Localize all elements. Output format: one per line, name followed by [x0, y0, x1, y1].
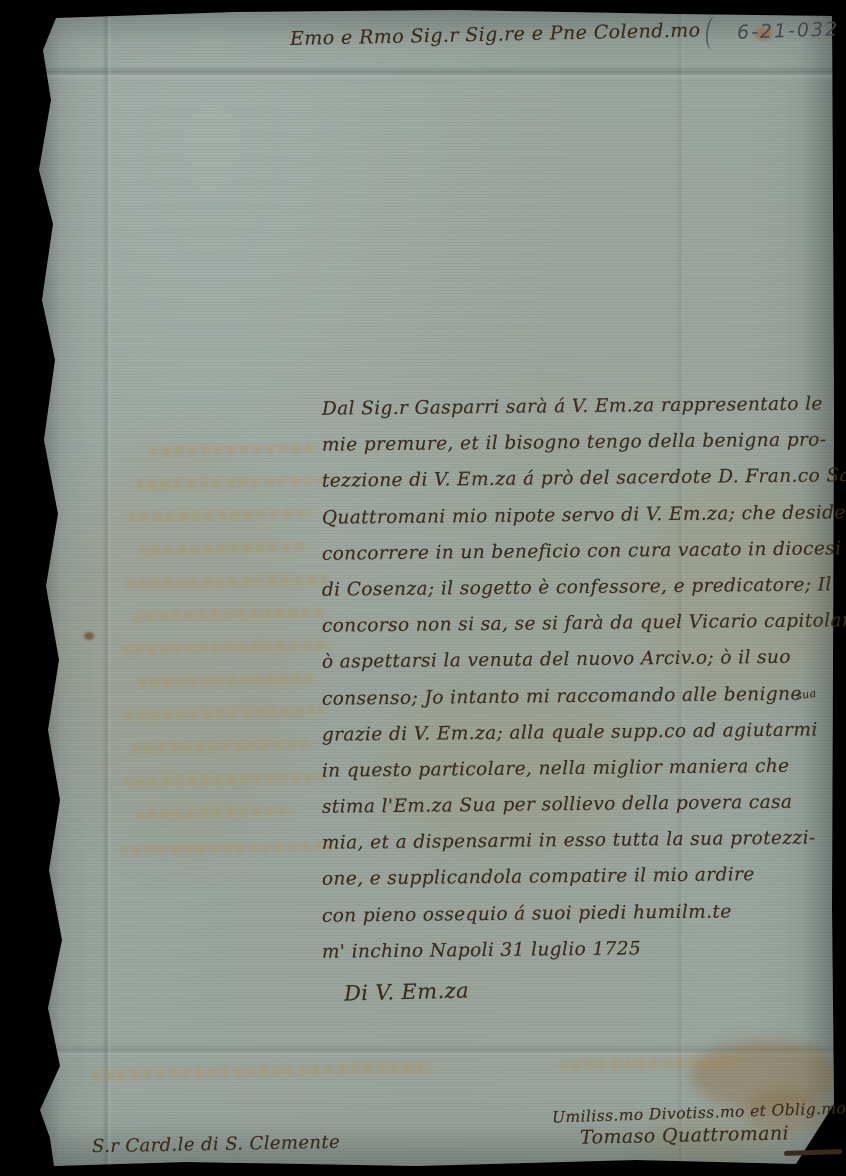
- body-line: grazie di V. Em.za; alla quale supp.co a…: [322, 719, 837, 761]
- body-line: con pieno ossequio á suoi piedi humilm.t…: [322, 900, 837, 942]
- body-line: m' inchino Napoli 31 luglio 1725: [322, 936, 837, 978]
- body-line: in questo particolare, nella miglior man…: [322, 755, 837, 797]
- body-line: stima l'Em.za Sua per sollievo della pov…: [322, 791, 837, 833]
- scanned-letter-page: 6-21-032 Emo e Rmo Sig.r Sig.re e Pne Co…: [0, 0, 846, 1176]
- body-line: Quattromani mio nipote servo di V. Em.za…: [322, 502, 837, 544]
- body-line: mia, et a dispensarmi in esso tutta la s…: [322, 828, 837, 870]
- body-line: ò aspettarsi la venuta del nuovo Arciv.o…: [322, 647, 837, 689]
- docket-note: S.r Card.le di S. Clemente: [92, 1132, 340, 1157]
- archival-reference-number: 6-21-032: [737, 18, 840, 44]
- signature-block: Umiliss.mo Divotiss.mo et Oblig.mo Ser.r…: [552, 1104, 844, 1146]
- body-line: di Cosenza; il sogetto è confessore, e p…: [322, 574, 837, 616]
- body-line: one, e supplicandola compatire il mio ar…: [322, 864, 837, 906]
- body-line: consenso; Jo intanto mi raccomando alle …: [322, 683, 837, 725]
- valediction-line: Di V. Em.za: [344, 978, 470, 1005]
- body-line: Dal Sig.r Gasparri sarà á V. Em.za rappr…: [322, 393, 837, 435]
- body-line: concorso non si sa, se si farà da quel V…: [322, 610, 837, 652]
- body-line: mie premure, et il bisogno tengo della b…: [322, 429, 837, 471]
- letter-body: Dal Sig.r Gasparri sarà á V. Em.za rappr…: [322, 396, 837, 975]
- signature-flourish: [784, 1149, 842, 1156]
- body-line: tezzione di V. Em.za á prò del sacerdote…: [322, 466, 837, 508]
- horizontal-fold-crease: [36, 66, 834, 80]
- body-line: concorrere in un beneficio con cura vaca…: [322, 538, 837, 580]
- signature-name: Tomaso Quattromani: [580, 1121, 844, 1149]
